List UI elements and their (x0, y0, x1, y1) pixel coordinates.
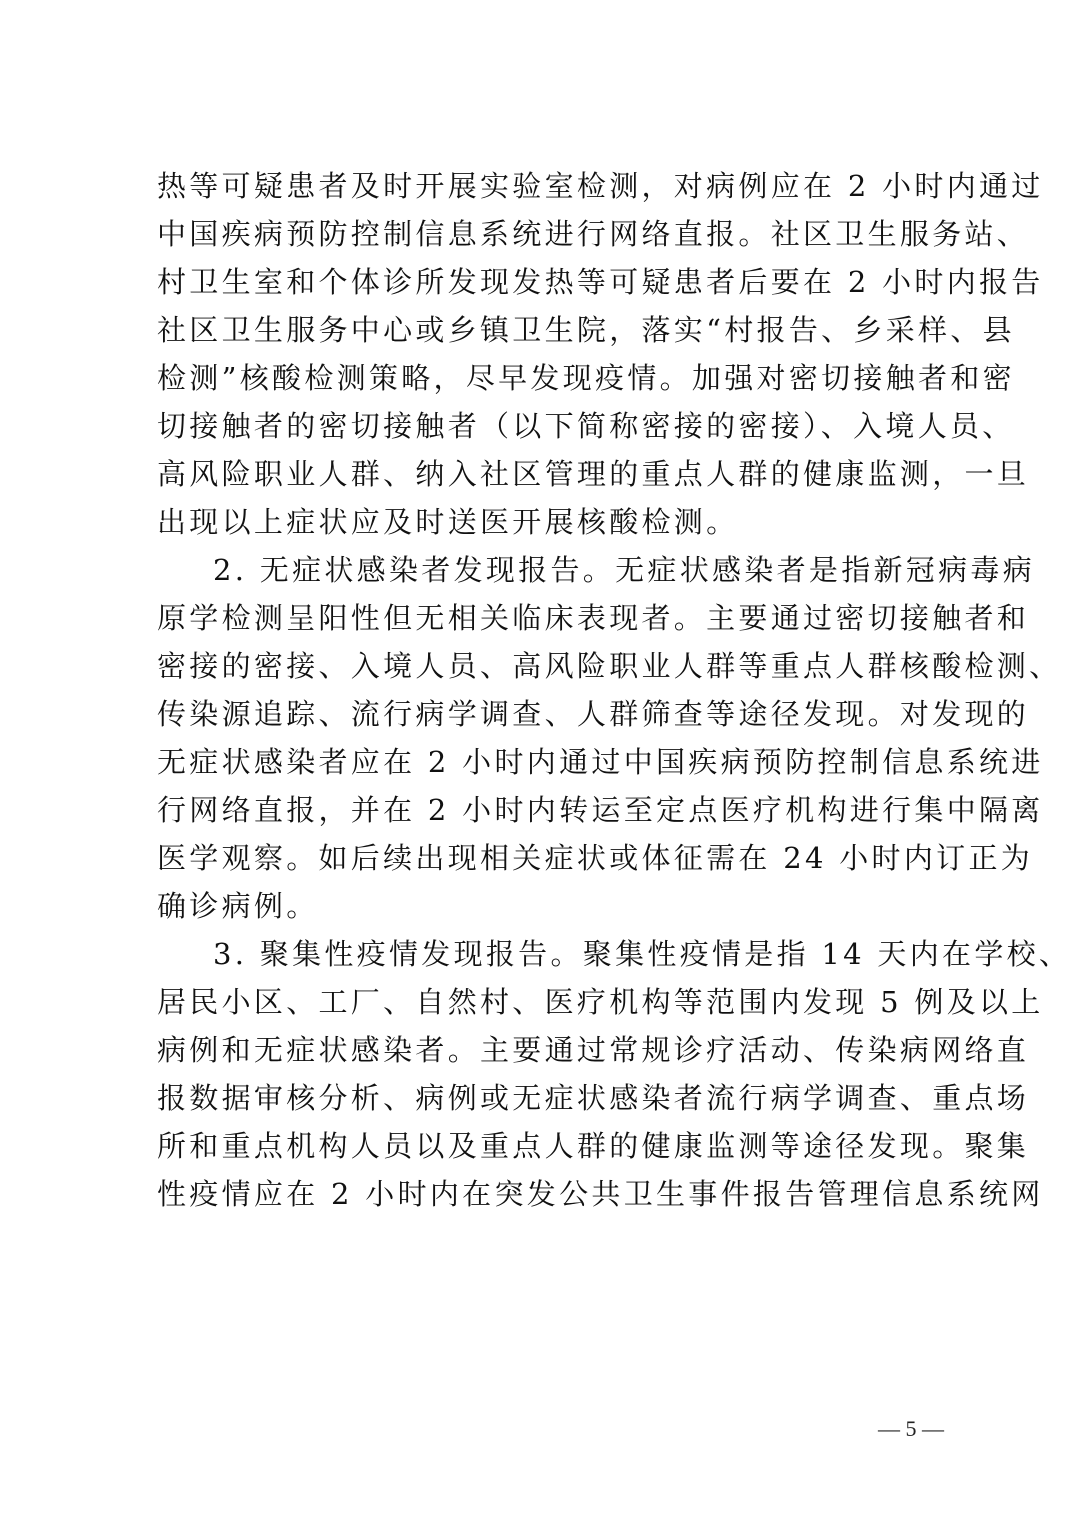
text-line: 医学观察。如后续出现相关症状或体征需在 24 小时内订正为 (157, 834, 939, 882)
text-line: 居民小区、工厂、自然村、医疗机构等范围内发现 5 例及以上 (157, 978, 939, 1026)
section-heading-asymptomatic: 2. 无症状感染者发现报告。无症状感染者是指新冠病毒病 (157, 546, 939, 594)
text-line: 检测”核酸检测策略，尽早发现疫情。加强对密切接触者和密 (157, 354, 939, 402)
text-line: 病例和无症状感染者。主要通过常规诊疗活动、传染病网络直 (157, 1026, 939, 1074)
text-line: 热等可疑患者及时开展实验室检测，对病例应在 2 小时内通过 (157, 162, 939, 210)
text-line: 密接的密接、入境人员、高风险职业人群等重点人群核酸检测、 (157, 642, 939, 690)
text-line: 社区卫生服务中心或乡镇卫生院，落实“村报告、乡采样、县 (157, 306, 939, 354)
text-line: 切接触者的密切接触者（以下简称密接的密接）、入境人员、 (157, 402, 939, 450)
section-heading-cluster: 3. 聚集性疫情发现报告。聚集性疫情是指 14 天内在学校、 (157, 930, 939, 978)
text-line: 无症状感染者应在 2 小时内通过中国疾病预防控制信息系统进 (157, 738, 939, 786)
text-line: 原学检测呈阳性但无相关临床表现者。主要通过密切接触者和 (157, 594, 939, 642)
text-line: 所和重点机构人员以及重点人群的健康监测等途径发现。聚集 (157, 1122, 939, 1170)
page-number: — 5 — (878, 1414, 944, 1444)
text-line: 中国疾病预防控制信息系统进行网络直报。社区卫生服务站、 (157, 210, 939, 258)
text-line: 确诊病例。 (157, 882, 939, 930)
text-line: 报数据审核分析、病例或无症状感染者流行病学调查、重点场 (157, 1074, 939, 1122)
text-line: 高风险职业人群、纳入社区管理的重点人群的健康监测，一旦 (157, 450, 939, 498)
document-body: 热等可疑患者及时开展实验室检测，对病例应在 2 小时内通过 中国疾病预防控制信息… (157, 162, 939, 1218)
text-line: 村卫生室和个体诊所发现发热等可疑患者后要在 2 小时内报告 (157, 258, 939, 306)
text-line: 传染源追踪、流行病学调查、人群筛查等途径发现。对发现的 (157, 690, 939, 738)
text-line: 性疫情应在 2 小时内在突发公共卫生事件报告管理信息系统网 (157, 1170, 939, 1218)
text-line: 行网络直报，并在 2 小时内转运至定点医疗机构进行集中隔离 (157, 786, 939, 834)
text-line: 出现以上症状应及时送医开展核酸检测。 (157, 498, 939, 546)
